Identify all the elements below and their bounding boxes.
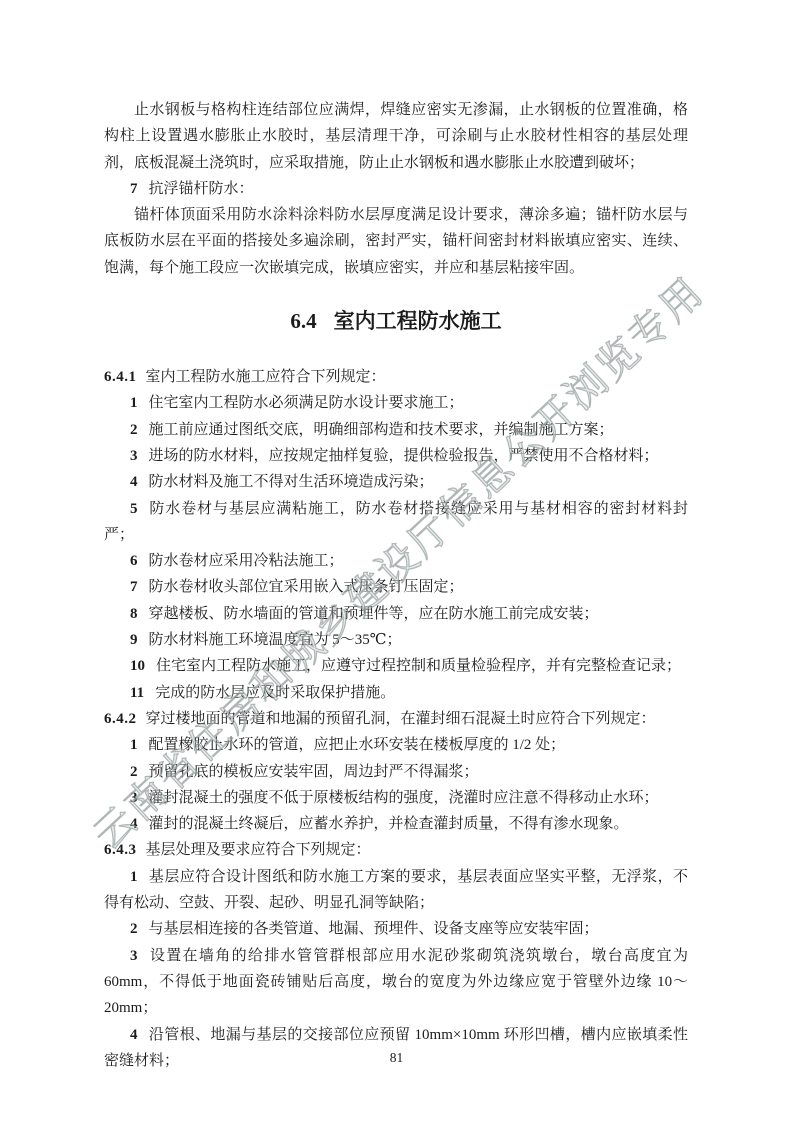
item-text: 灌封的混凝土终凝后，应蓄水养护，并检查灌封质量，不得有渗水现象。 (149, 816, 629, 832)
clause-item: 7防水卷材收头部位宜采用嵌入式压条钉压固定； (104, 574, 688, 600)
item-text: 住宅室内工程防水必须满足防水设计要求施工； (149, 395, 464, 411)
item-text: 灌封混凝土的强度不低于原楼板结构的强度，浇灌时应注意不得移动止水环； (149, 790, 659, 806)
item-number: 6 (130, 553, 138, 569)
clause-number: 6.4.2 (104, 711, 137, 727)
item-number: 3 (130, 790, 138, 806)
item-text: 设置在墙角的给排水管管群根部应用水泥砂浆砌筑浇筑墩台，墩台高度宜为 60mm，不… (104, 948, 688, 1017)
clause-6-4-3: 6.4.3基层处理及要求应符合下列规定： (104, 837, 688, 863)
item-number: 11 (130, 685, 144, 701)
clause-item: 2施工前应通过图纸交底，明确细部构造和技术要求，并编制施工方案； (104, 417, 688, 443)
clause-6-4-1: 6.4.1室内工程防水施工应符合下列规定： (104, 364, 688, 390)
item-number: 2 (130, 921, 138, 937)
item-number: 7 (130, 181, 138, 197)
clause-item: 2与基层相连接的各类管道、地漏、预埋件、设备支座等应安装牢固； (104, 916, 688, 942)
page-content: 止水钢板与格构柱连结部位应满焊，焊缝应密实无渗漏，止水钢板的位置准确，格构柱上设… (104, 97, 688, 1074)
item-text: 与基层相连接的各类管道、地漏、预埋件、设备支座等应安装牢固； (149, 921, 599, 937)
page-number: 81 (0, 1050, 793, 1066)
clause-item: 3设置在墙角的给排水管管群根部应用水泥砂浆砌筑浇筑墩台，墩台高度宜为 60mm，… (104, 943, 688, 1022)
item-text: 防水卷材收头部位宜采用嵌入式压条钉压固定； (149, 579, 464, 595)
item-number: 2 (130, 764, 138, 780)
item-text: 住宅室内工程防水施工，应遵守过程控制和质量检验程序，并有完整检查记录； (156, 658, 681, 674)
section-number: 6.4 (290, 309, 316, 333)
item-number: 5 (130, 501, 138, 517)
clause-item: 4灌封的混凝土终凝后，应蓄水养护，并检查灌封质量，不得有渗水现象。 (104, 811, 688, 837)
item-text: 完成的防水层应及时采取保护措施。 (155, 685, 395, 701)
clause-item: 11完成的防水层应及时采取保护措施。 (104, 680, 688, 706)
section-title: 室内工程防水施工 (334, 310, 502, 333)
clause-item: 3灌封混凝土的强度不低于原楼板结构的强度，浇灌时应注意不得移动止水环； (104, 785, 688, 811)
document-page: 云南省住房和城乡建设厅信息公开浏览专用 止水钢板与格构柱连结部位应满焊，焊缝应密… (0, 0, 793, 1122)
item-text: 抗浮锚杆防水： (149, 181, 254, 197)
clause-item: 3进场的防水材料，应按规定抽样复验，提供检验报告，严禁使用不合格材料； (104, 443, 688, 469)
clause-item: 6防水卷材应采用冷粘法施工； (104, 548, 688, 574)
item-text: 防水材料及施工不得对生活环境造成污染； (149, 474, 434, 490)
clause-item: 1配置橡胶止水环的管道，应把止水环安装在楼板厚度的 1/2 处； (104, 732, 688, 758)
clause-item: 4防水材料及施工不得对生活环境造成污染； (104, 469, 688, 495)
item-number: 4 (130, 816, 138, 832)
section-heading: 6.4室内工程防水施工 (104, 305, 688, 338)
clause-text: 穿过楼地面的管道和地漏的预留孔洞，在灌封细石混凝土时应符合下列规定： (146, 711, 656, 727)
intro-paragraph-2: 锚杆体顶面采用防水涂料涂料防水层厚度满足设计要求，薄涂多遍；锚杆防水层与底板防水… (104, 202, 688, 281)
item-number: 1 (130, 737, 138, 753)
intro-item-7: 7抗浮锚杆防水： (104, 176, 688, 202)
item-text: 配置橡胶止水环的管道，应把止水环安装在楼板厚度的 1/2 处； (149, 737, 566, 753)
item-text: 防水卷材应采用冷粘法施工； (149, 553, 344, 569)
clause-item: 4沿管根、地漏与基层的交接部位应预留 10mm×10mm 环形凹槽，槽内应嵌填柔… (104, 1022, 688, 1075)
item-number: 9 (130, 632, 138, 648)
item-number: 10 (130, 658, 145, 674)
clause-text: 基层处理及要求应符合下列规定： (146, 842, 371, 858)
clause-6-4-2: 6.4.2穿过楼地面的管道和地漏的预留孔洞，在灌封细石混凝土时应符合下列规定： (104, 706, 688, 732)
item-text: 施工前应通过图纸交底，明确细部构造和技术要求，并编制施工方案； (149, 422, 614, 438)
item-number: 1 (130, 395, 138, 411)
item-text: 进场的防水材料，应按规定抽样复验，提供检验报告，严禁使用不合格材料； (149, 448, 659, 464)
item-number: 1 (130, 869, 138, 885)
item-number: 4 (130, 474, 138, 490)
clause-item: 10住宅室内工程防水施工，应遵守过程控制和质量检验程序，并有完整检查记录； (104, 653, 688, 679)
clause-item: 8穿越楼板、防水墙面的管道和预埋件等，应在防水施工前完成安装； (104, 601, 688, 627)
item-number: 3 (130, 448, 138, 464)
clause-text: 室内工程防水施工应符合下列规定： (146, 369, 386, 385)
item-text: 预留孔底的模板应安装牢固，周边封严不得漏浆； (149, 764, 479, 780)
clause-number: 6.4.1 (104, 369, 137, 385)
item-number: 4 (130, 1027, 138, 1043)
clause-item: 2预留孔底的模板应安装牢固，周边封严不得漏浆； (104, 759, 688, 785)
item-text: 基层应符合设计图纸和防水施工方案的要求，基层表面应坚实平整，无浮浆，不得有松动、… (104, 869, 688, 911)
item-number: 7 (130, 579, 138, 595)
item-number: 2 (130, 422, 138, 438)
item-text: 穿越楼板、防水墙面的管道和预埋件等，应在防水施工前完成安装； (149, 606, 599, 622)
item-text: 防水材料施工环境温度宜为 5～35℃； (149, 632, 402, 648)
clause-number: 6.4.3 (104, 842, 137, 858)
clause-item: 9防水材料施工环境温度宜为 5～35℃； (104, 627, 688, 653)
clause-item: 1住宅室内工程防水必须满足防水设计要求施工； (104, 390, 688, 416)
item-number: 8 (130, 606, 138, 622)
item-text: 防水卷材与基层应满粘施工，防水卷材搭接缝应采用与基材相容的密封材料封严； (104, 501, 688, 543)
item-number: 3 (130, 948, 138, 964)
intro-paragraph-1: 止水钢板与格构柱连结部位应满焊，焊缝应密实无渗漏，止水钢板的位置准确，格构柱上设… (104, 97, 688, 176)
clause-item: 5防水卷材与基层应满粘施工，防水卷材搭接缝应采用与基材相容的密封材料封严； (104, 496, 688, 549)
clause-item: 1基层应符合设计图纸和防水施工方案的要求，基层表面应坚实平整，无浮浆，不得有松动… (104, 864, 688, 917)
